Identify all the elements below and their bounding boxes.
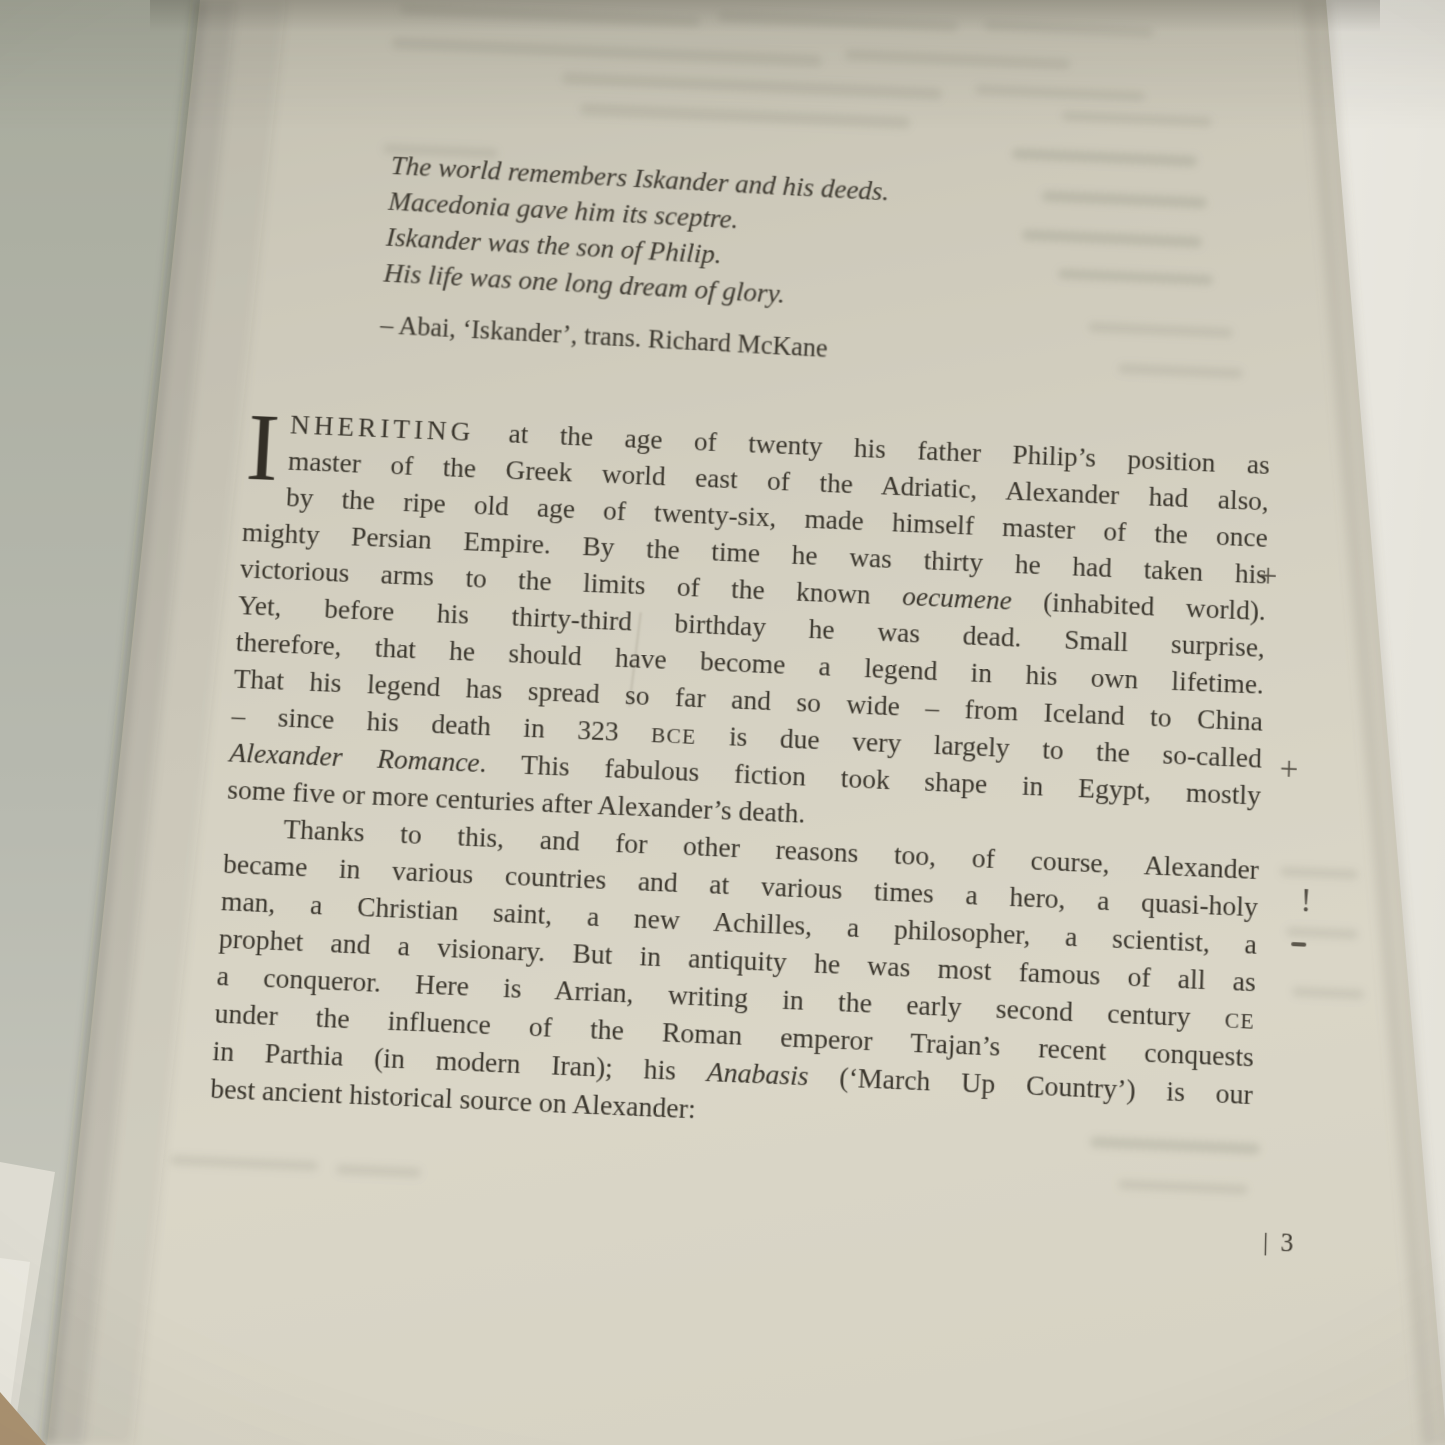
drop-cap: I [245,408,281,484]
margin-exclamation-mark: ! [1300,882,1312,921]
margin-plus-mark: + [1279,751,1299,789]
epigraph-attribution: – Abai, ‘Iskander’, trans. Richard McKan… [379,307,882,370]
paragraph-2: Thanks to this, and for other reasons to… [209,808,1259,1152]
body-text: I NHERITING at the age of twenty his fat… [209,404,1270,1151]
margin-dash-mark [1291,942,1306,946]
page-number: | 3 [1263,1229,1297,1259]
margin-plus-mark: + [1258,558,1278,595]
paragraph-1: I NHERITING at the age of twenty his fat… [226,404,1270,851]
book-page-photo: The world remembers Iskander and his dee… [0,0,1445,1445]
page-text-block: The world remembers Iskander and his dee… [129,137,1377,1346]
epigraph: The world remembers Iskander and his dee… [379,147,890,370]
